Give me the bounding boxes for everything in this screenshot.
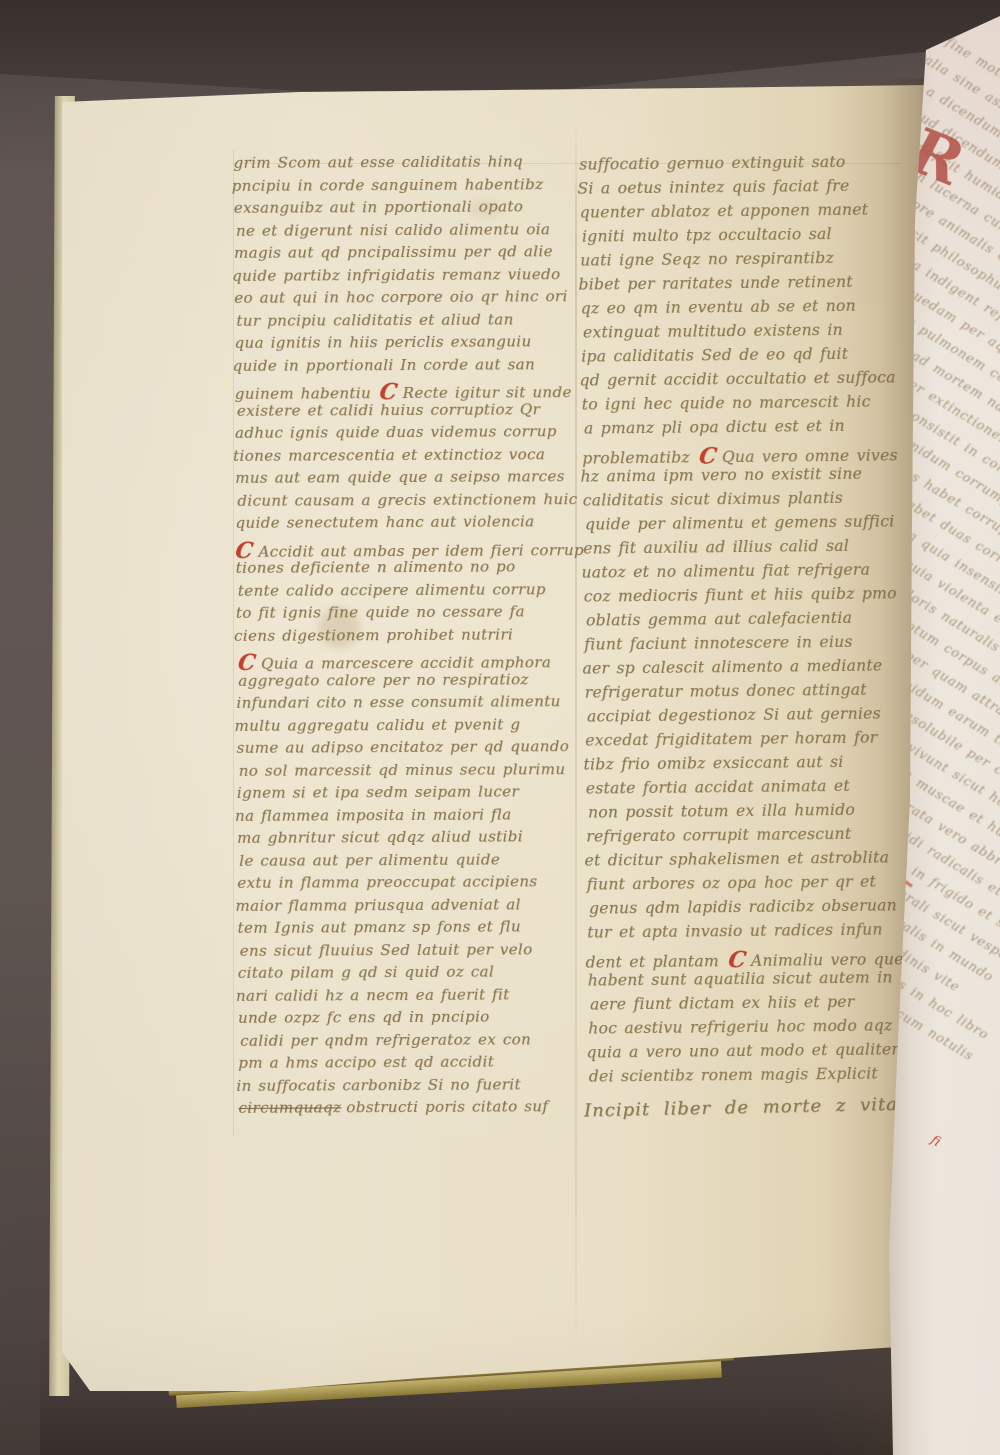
manuscript-text-line: quide in pportionali In corde aut san	[233, 357, 584, 381]
red-paragraph-initial: C	[727, 949, 748, 971]
red-paragraph-initial: C	[698, 445, 719, 467]
manuscript-text-line: ciens digestionem prohibet nutriri	[234, 627, 585, 651]
manuscript-text-line: quide senectutem hanc aut violencia	[235, 514, 586, 538]
manuscript-text-line: circumquaqzobstructi poris citato suf	[238, 1099, 589, 1123]
manuscript-photo-scene: grim Scom aut esse caliditatis hinqpncip…	[0, 0, 1000, 1455]
text-column-left: grim Scom aut esse caliditatis hinqpncip…	[233, 154, 588, 1123]
